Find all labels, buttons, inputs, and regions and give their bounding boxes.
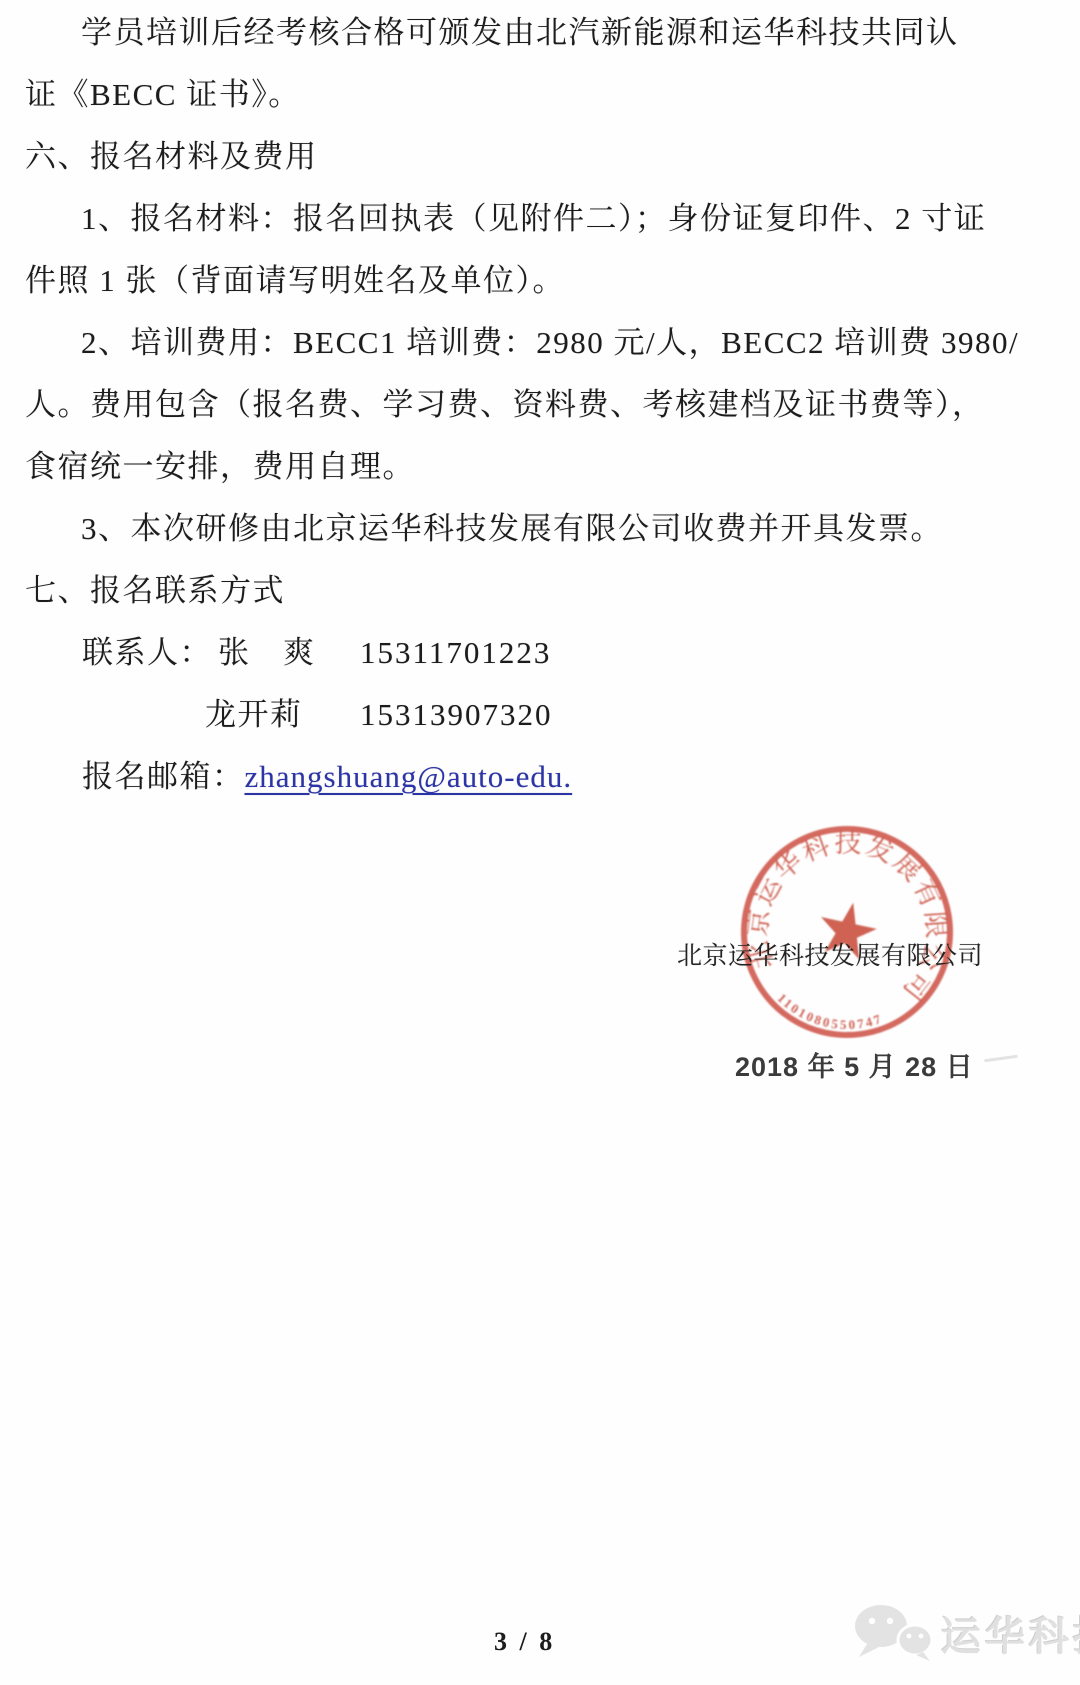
paragraph-line: 1、报名材料：报名回执表（见附件二）；身份证复印件、2 寸证 bbox=[25, 188, 1037, 250]
document-page: 学员培训后经考核合格可颁发由北汽新能源和运华科技共同认 证《BECC 证书》。 … bbox=[0, 0, 1080, 1685]
company-seal-stamp: 北京运华科技发展有限公司 1101080550747 bbox=[732, 817, 962, 1047]
paragraph-line: 2、培训费用：BECC1 培训费：2980 元/人，BECC2 培训费 3980… bbox=[25, 312, 1037, 374]
page-number: 3 / 8 bbox=[494, 1627, 555, 1657]
paragraph-line: 人。费用包含（报名费、学习费、资料费、考核建档及证书费等）， bbox=[25, 374, 1037, 436]
signature-company-name: 北京运华科技发展有限公司 bbox=[677, 936, 983, 972]
wechat-icon bbox=[853, 1602, 935, 1664]
contact-phone: 15311701223 bbox=[360, 622, 551, 684]
section-heading-6: 六、报名材料及费用 bbox=[25, 126, 1037, 188]
paragraph-line: 件照 1 张（背面请写明姓名及单位）。 bbox=[25, 250, 1037, 312]
paragraph-line: 3、本次研修由北京运华科技发展有限公司收费并开具发票。 bbox=[25, 498, 1037, 560]
contact-name: 张 爽 bbox=[218, 622, 352, 684]
paragraph-line: 学员培训后经考核合格可颁发由北汽新能源和运华科技共同认 bbox=[25, 2, 1037, 64]
contact-phone: 15313907320 bbox=[360, 684, 553, 746]
email-row: 报名邮箱：zhangshuang@auto-edu. bbox=[25, 746, 1037, 808]
paragraph-line: 证《BECC 证书》。 bbox=[25, 64, 1037, 126]
email-link[interactable]: zhangshuang@auto-edu. bbox=[245, 759, 573, 794]
brand-watermark-text: 运华科技 bbox=[941, 1605, 1080, 1662]
contact-label: 联系人： bbox=[82, 622, 218, 684]
contact-row-1: 联系人：张 爽15311701223 bbox=[25, 622, 1037, 684]
paragraph-line: 食宿统一安排，费用自理。 bbox=[25, 436, 1037, 498]
document-body: 学员培训后经考核合格可颁发由北汽新能源和运华科技共同认 证《BECC 证书》。 … bbox=[25, 2, 1037, 808]
contact-row-2: 龙开莉15313907320 bbox=[25, 684, 1037, 746]
brand-watermark: 运华科技 bbox=[853, 1602, 1080, 1664]
signature-date: 2018 年 5 月 28 日 bbox=[735, 1045, 974, 1084]
email-label: 报名邮箱： bbox=[82, 759, 245, 794]
section-heading-7: 七、报名联系方式 bbox=[25, 560, 1037, 622]
scan-artifact-mark bbox=[984, 1055, 1018, 1063]
contact-name: 龙开莉 bbox=[205, 684, 352, 746]
